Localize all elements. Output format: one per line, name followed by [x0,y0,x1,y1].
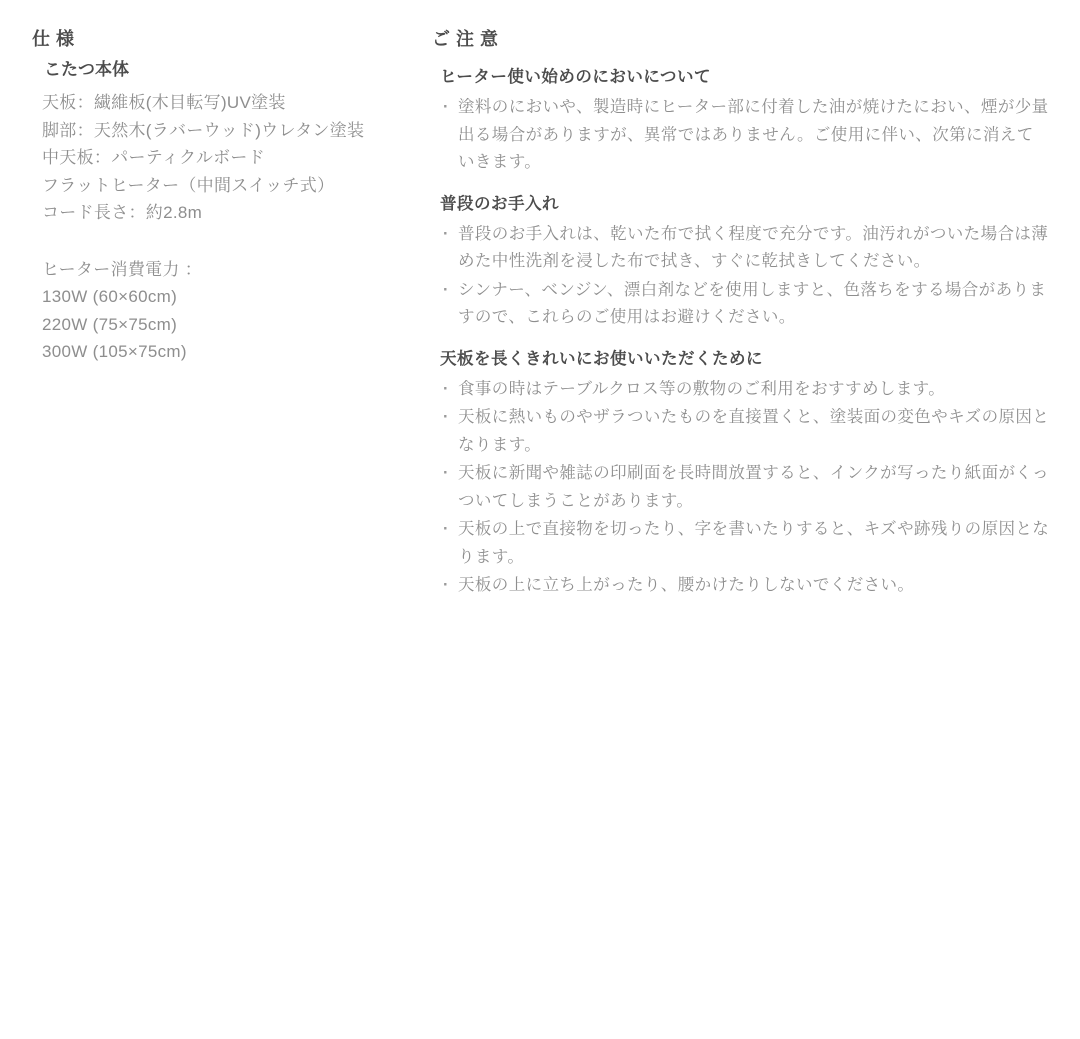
power-line-220w: 220W (75×75cm) [42,311,417,339]
bullet-list-tabletop-care: 食事の時はテーブルクロス等の敷物のご利用をおすすめします。 天板に熱いものやザラ… [440,376,1050,600]
bullet-dry-cloth: 普段のお手入れは、乾いた布で拭く程度で充分です。油汚れがついた場合は薄めた中性洗… [440,221,1050,276]
bullet-paint-smell: 塗料のにおいや、製造時にヒーター部に付着した油が焼けたにおい、煙が少量出る場合が… [440,94,1050,177]
section-heading-tabletop-care: 天板を長くきれいにお使いいただくために [440,347,1050,371]
bullet-no-standing: 天板の上に立ち上がったり、腰かけたりしないでください。 [440,572,1050,600]
section-heading-heater-smell: ヒーター使い始めのにおいについて [440,65,1050,89]
section-heater-smell: ヒーター使い始めのにおいについて 塗料のにおいや、製造時にヒーター部に付着した油… [432,65,1050,177]
power-consumption-block: ヒーター消費電力 ： 130W (60×60cm) 220W (75×75cm)… [42,256,417,366]
spec-line-middle-shelf: 中天板：パーティクルボード [42,144,417,172]
power-line-130w: 130W (60×60cm) [42,283,417,311]
kotatsu-body-subtitle: こたつ本体 [44,59,417,81]
power-line-300w: 300W (105×75cm) [42,338,417,366]
bullet-hot-objects: 天板に熱いものやザラついたものを直接置くと、塗装面の変色やキズの原因となります。 [440,404,1050,459]
spec-line-cord-length: コード長さ：約2.8m [42,199,417,227]
section-everyday-care: 普段のお手入れ 普段のお手入れは、乾いた布で拭く程度で充分です。油汚れがついた場… [432,192,1050,332]
bullet-newspaper-ink: 天板に新聞や雑誌の印刷面を長時間放置すると、インクが写ったり紙面がくっついてしま… [440,460,1050,515]
bullet-cutting-writing: 天板の上で直接物を切ったり、字を書いたりすると、キズや跡残りの原因となります。 [440,516,1050,571]
bullet-list-everyday-care: 普段のお手入れは、乾いた布で拭く程度で充分です。油汚れがついた場合は薄めた中性洗… [440,221,1050,332]
bullet-thinner-benzine: シンナー、ベンジン、漂白剤などを使用しますと、色落ちをする場合がありますので、こ… [440,277,1050,332]
section-tabletop-care: 天板を長くきれいにお使いいただくために 食事の時はテーブルクロス等の敷物のご利用… [432,347,1050,600]
spec-notice-page: 仕様 こたつ本体 天板：繊維板(木目転写)UV塗装 脚部：天然木(ラバーウッド)… [0,0,1080,1039]
spec-line-heater-type: フラットヒーター（中間スイッチ式） [42,172,417,200]
cautions-column: ご注意 ヒーター使い始めのにおいについて 塗料のにおいや、製造時にヒーター部に付… [432,28,1050,601]
specifications-title: 仕様 [32,28,417,50]
bullet-list-heater-smell: 塗料のにおいや、製造時にヒーター部に付着した油が焼けたにおい、煙が少量出る場合が… [440,94,1050,177]
power-heading: ヒーター消費電力 ： [42,256,417,284]
spec-line-legs: 脚部：天然木(ラバーウッド)ウレタン塗装 [42,117,417,145]
bullet-tablecloth: 食事の時はテーブルクロス等の敷物のご利用をおすすめします。 [440,376,1050,404]
section-heading-everyday-care: 普段のお手入れ [440,192,1050,216]
specifications-column: 仕様 こたつ本体 天板：繊維板(木目転写)UV塗装 脚部：天然木(ラバーウッド)… [32,28,417,366]
spec-line-tabletop: 天板：繊維板(木目転写)UV塗装 [42,89,417,117]
cautions-title: ご注意 [432,28,1050,50]
spec-lines-block: 天板：繊維板(木目転写)UV塗装 脚部：天然木(ラバーウッド)ウレタン塗装 中天… [42,89,417,227]
